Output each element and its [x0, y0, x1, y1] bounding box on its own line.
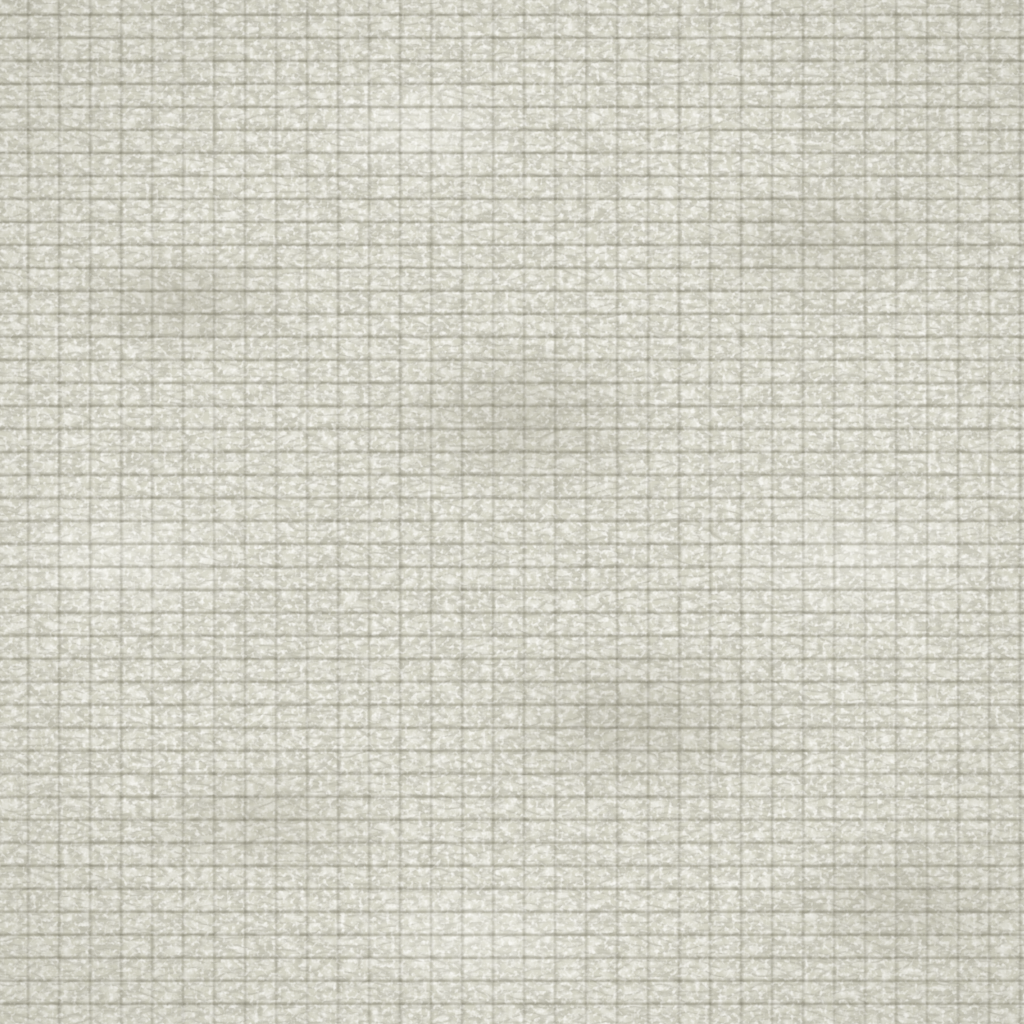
carpet-texture-photo — [0, 0, 1024, 1024]
lighting-vignette — [0, 0, 1024, 1024]
